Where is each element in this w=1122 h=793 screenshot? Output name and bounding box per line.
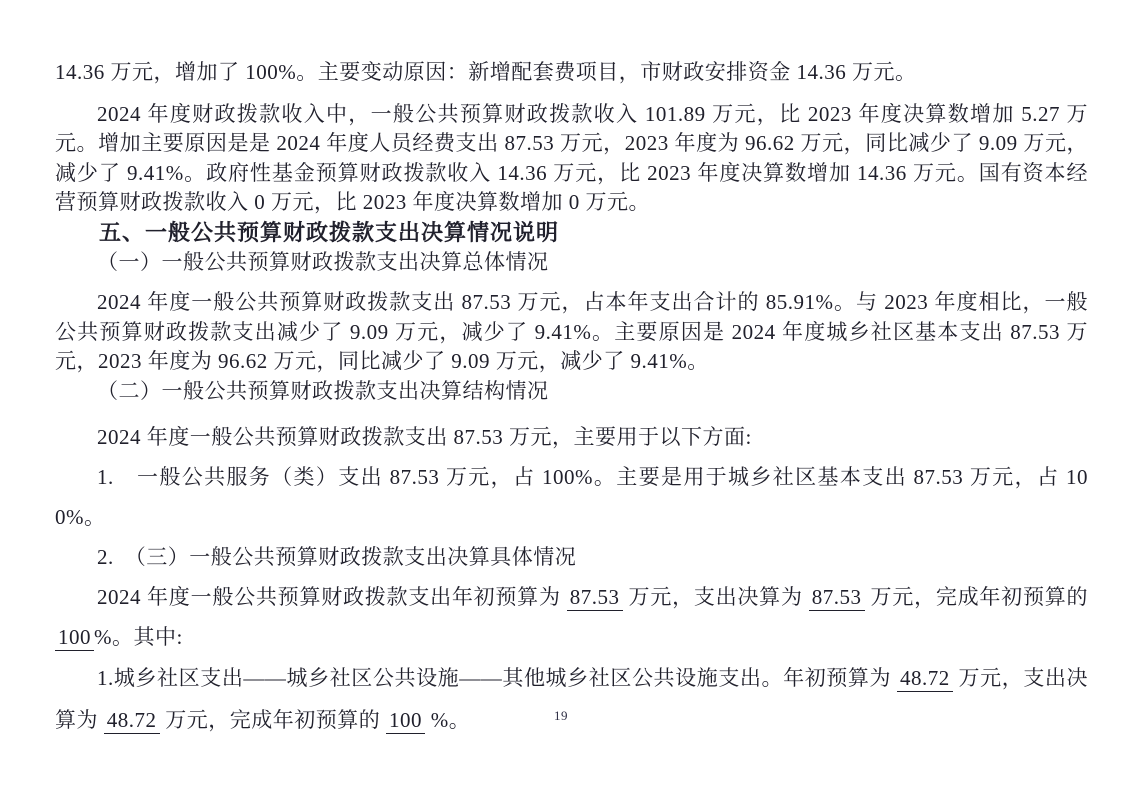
- list-item-subsection-three-title: 2. （三）一般公共预算财政拨款支出决算具体情况: [55, 537, 1088, 577]
- subsection-one-title: （一）一般公共预算财政拨款支出决算总体情况: [55, 248, 1088, 278]
- budget-text-segment: 万元，支出决算为: [623, 585, 809, 609]
- paragraph-community-facility-expenditure: 1.城乡社区支出——城乡社区公共设施——其他城乡社区公共设施支出。年初预算为 4…: [55, 657, 1088, 741]
- paragraph-carryover: 14.36 万元，增加了 100%。主要变动原因：新增配套费项目，市财政安排资金…: [55, 58, 1088, 88]
- paragraph-fiscal-income-2024: 2024 年度财政拨款收入中，一般公共预算财政拨款收入 101.89 万元，比 …: [55, 100, 1088, 218]
- paragraph-expenditure-overview: 2024 年度一般公共预算财政拨款支出 87.53 万元，占本年支出合计的 85…: [55, 288, 1088, 377]
- underlined-value-final-expenditure: 87.53: [809, 585, 865, 611]
- underlined-value-initial-budget: 87.53: [567, 585, 623, 611]
- list-item-general-public-service: 1. 一般公共服务（类）支出 87.53 万元，占 100%。主要是用于城乡社区…: [55, 457, 1088, 537]
- community-text-segment: 1.城乡社区支出——城乡社区公共设施——其他城乡社区公共设施支出。年初预算为: [97, 666, 897, 690]
- paragraph-expenditure-usage-intro: 2024 年度一般公共预算财政拨款支出 87.53 万元，主要用于以下方面:: [55, 417, 1088, 457]
- budget-text-segment: 2024 年度一般公共预算财政拨款支出年初预算为: [97, 585, 567, 609]
- document-page: 14.36 万元，增加了 100%。主要变动原因：新增配套费项目，市财政安排资金…: [0, 0, 1122, 793]
- section-heading-five: 五、一般公共预算财政拨款支出决算情况说明: [55, 218, 1088, 248]
- underlined-value-initial-budget-community: 48.72: [897, 666, 953, 692]
- underlined-value-completion-percent: 100: [55, 625, 94, 651]
- budget-text-segment: 万元，完成年初预算的: [865, 585, 1089, 609]
- paragraph-budget-vs-final: 2024 年度一般公共预算财政拨款支出年初预算为 87.53 万元，支出决算为 …: [55, 577, 1088, 657]
- subsection-two-title: （二）一般公共预算财政拨款支出决算结构情况: [55, 377, 1088, 407]
- page-number: 19: [0, 708, 1122, 724]
- budget-text-segment: %。其中:: [94, 625, 183, 649]
